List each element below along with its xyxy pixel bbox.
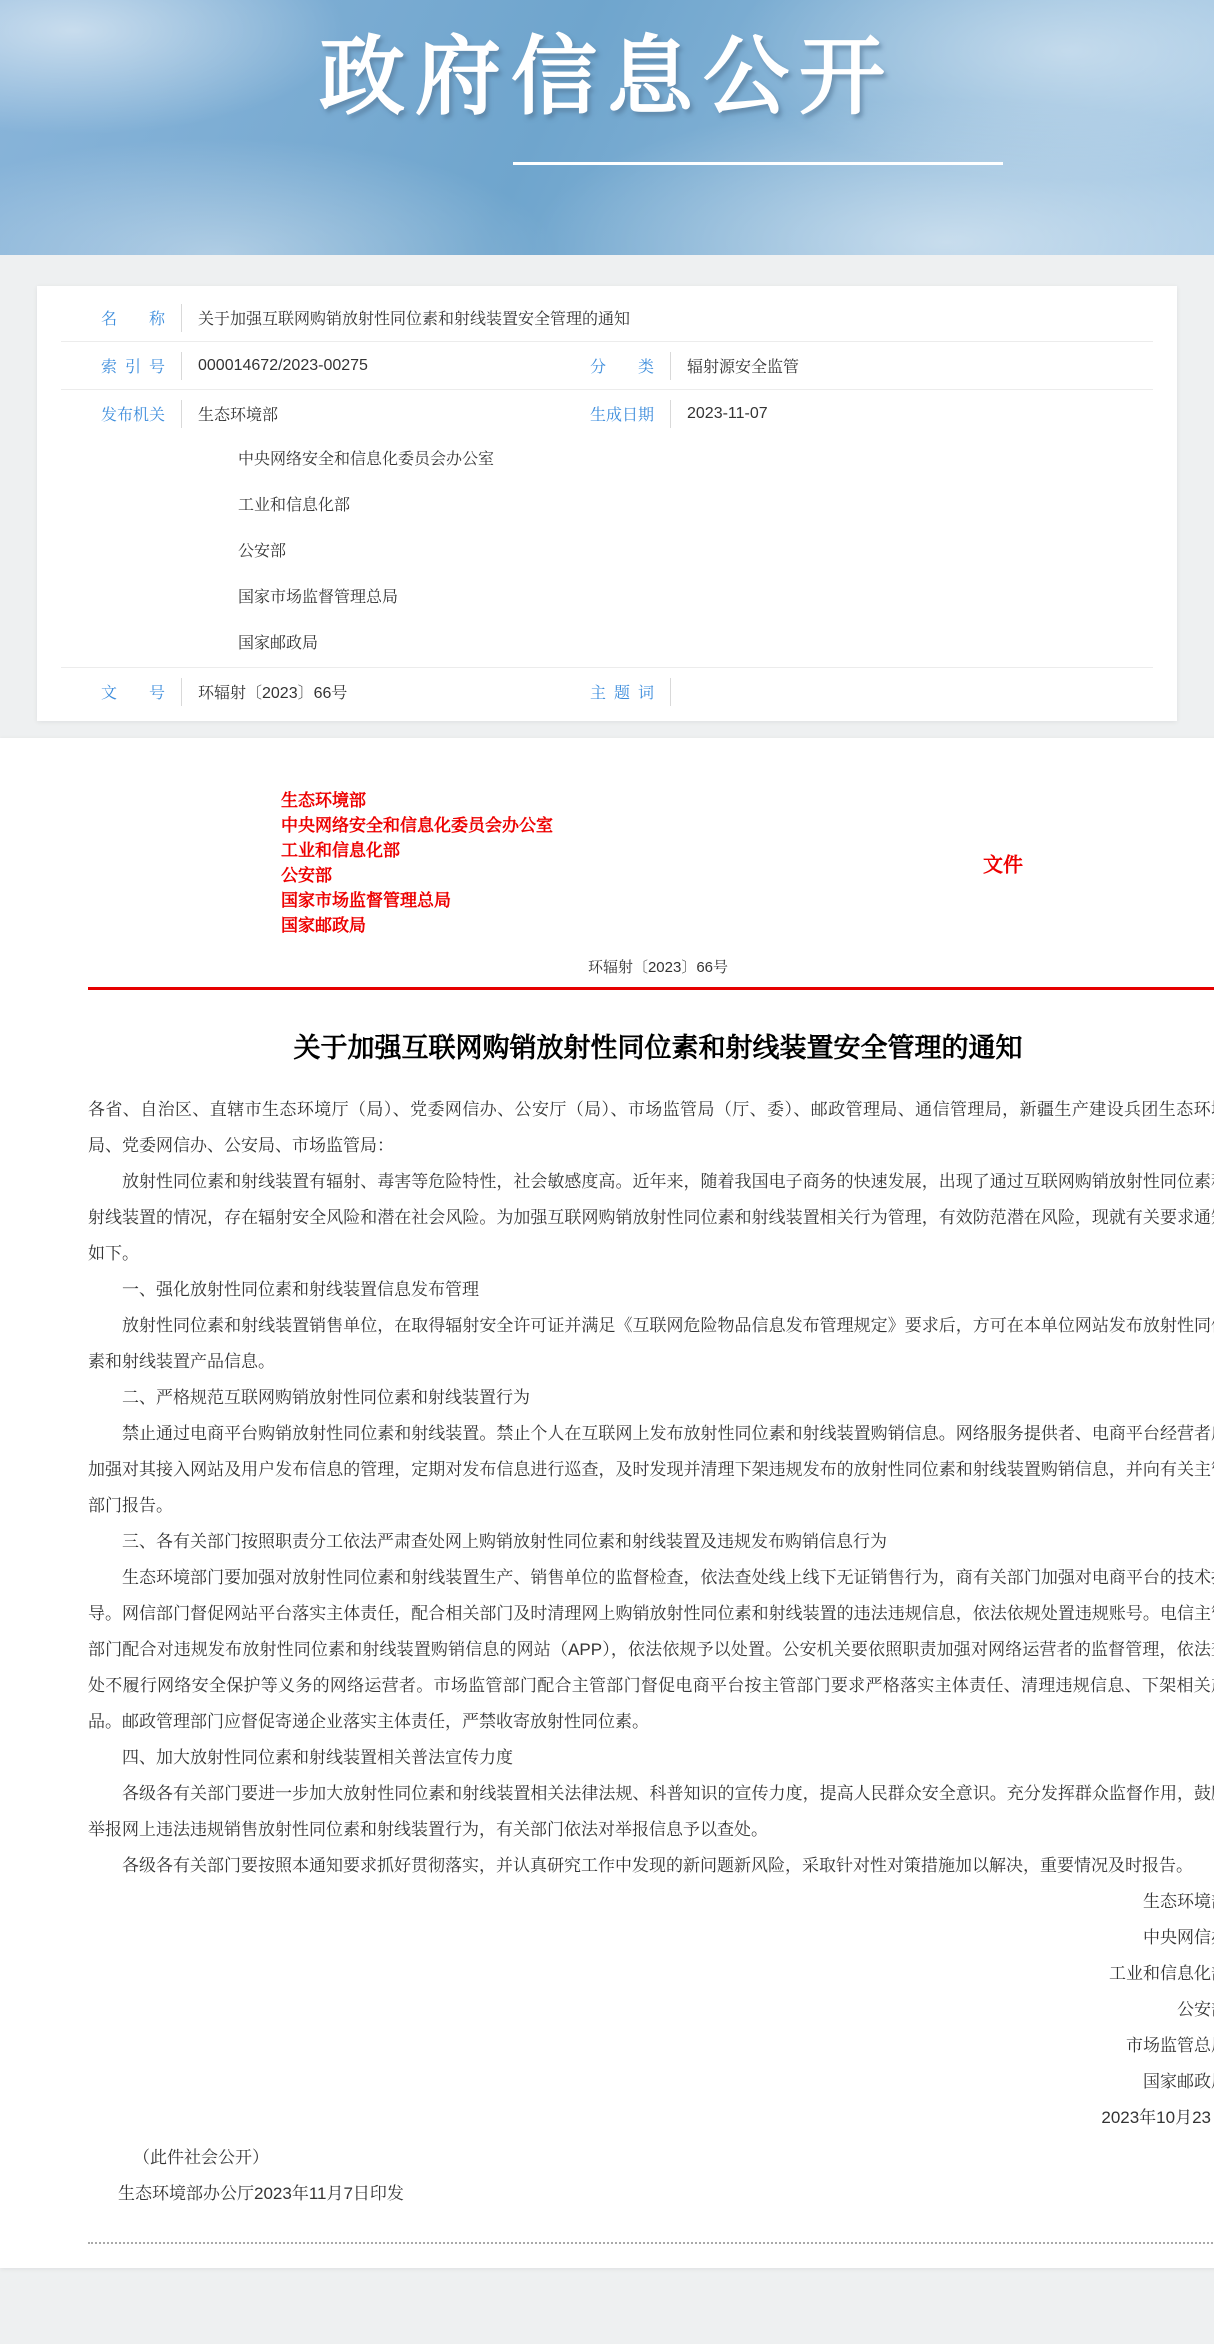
doc-paragraph: 各级各有关部门要进一步加大放射性同位素和射线装置相关法律法规、科普知识的宣传力度…	[88, 1776, 1214, 1848]
letterhead-agency-line: 生态环境部	[281, 788, 1214, 813]
doc-body: 各省、自治区、直辖市生态环境厅（局）、党委网信办、公安厅（局）、市场监管局（厅、…	[88, 1092, 1214, 1884]
document-card: 生态环境部 中央网络安全和信息化委员会办公室 工业和信息化部 公安部 国家市场监…	[0, 738, 1214, 2268]
letterhead-agency-line: 工业和信息化部	[281, 838, 1214, 863]
doc-title: 关于加强互联网购销放射性同位素和射线装置安全管理的通知	[88, 1030, 1214, 1066]
print-note: 生态环境部办公厅2023年11月7日印发	[88, 2176, 1214, 2212]
issuer-line: 工业和信息化部	[61, 483, 1153, 529]
issuer-line: 中央网络安全和信息化委员会办公室	[61, 437, 1153, 483]
meta-label-index: 索 引 号	[101, 354, 165, 377]
signer-line: 市场监管总局	[88, 2028, 1214, 2064]
doc-section-heading: 四、加大放射性同位素和射线装置相关普法宣传力度	[88, 1740, 1214, 1776]
meta-value-issuer: 生态环境部	[198, 402, 590, 425]
issuer-line: 国家市场监督管理总局	[61, 575, 1153, 621]
letterhead-agency-line: 公安部	[281, 863, 1214, 888]
doc-paragraph: 各省、自治区、直辖市生态环境厅（局）、党委网信办、公安厅（局）、市场监管局（厅、…	[88, 1092, 1214, 1164]
doc-section-heading: 一、强化放射性同位素和射线装置信息发布管理	[88, 1272, 1214, 1308]
letterhead-file-label: 文件	[983, 849, 1023, 878]
signer-line: 工业和信息化部	[88, 1956, 1214, 1992]
meta-row-index: 索 引 号 000014672/2023-00275 分 类 辐射源安全监管	[61, 342, 1153, 390]
dotted-divider	[88, 2242, 1214, 2244]
meta-label-date: 生成日期	[590, 402, 654, 425]
label-separator	[181, 352, 182, 380]
signer-line: 生态环境部	[88, 1884, 1214, 1920]
signature-block: 生态环境部 中央网信办 工业和信息化部 公安部 市场监管总局 国家邮政局 202…	[88, 1884, 1214, 2136]
label-separator	[670, 352, 671, 380]
meta-label-docno: 文 号	[101, 680, 165, 703]
doc-section-heading: 二、严格规范互联网购销放射性同位素和射线装置行为	[88, 1380, 1214, 1416]
issuer-line: 国家邮政局	[61, 621, 1153, 667]
doc-section-heading: 三、各有关部门按照职责分工依法严肃查处网上购销放射性同位素和射线装置及违规发布购…	[88, 1524, 1214, 1560]
letterhead-agency-line: 国家市场监督管理总局	[281, 888, 1214, 913]
label-separator	[670, 678, 671, 706]
sky-header: 政府信息公开	[0, 0, 1214, 255]
meta-value-index: 000014672/2023-00275	[198, 357, 590, 375]
meta-value-date: 2023-11-07	[687, 405, 1153, 423]
label-separator	[181, 678, 182, 706]
issuer-line: 公安部	[61, 529, 1153, 575]
sign-date: 2023年10月23日	[88, 2100, 1214, 2136]
page-title: 政府信息公开	[0, 0, 1214, 132]
closing-notes: （此件社会公开） 生态环境部办公厅2023年11月7日印发	[88, 2140, 1214, 2212]
meta-label-issuer: 发布机关	[101, 402, 165, 425]
meta-value-docno: 环辐射〔2023〕66号	[198, 680, 590, 703]
info-card: 名 称 关于加强互联网购销放射性同位素和射线装置安全管理的通知 索 引 号 00…	[37, 286, 1177, 721]
letterhead-agency-line: 国家邮政局	[281, 913, 1214, 938]
meta-label-name: 名 称	[101, 306, 165, 329]
label-separator	[181, 304, 182, 332]
signer-line: 国家邮政局	[88, 2064, 1214, 2100]
meta-value-name: 关于加强互联网购销放射性同位素和射线装置安全管理的通知	[198, 306, 1153, 329]
meta-label-subject: 主 题 词	[590, 680, 654, 703]
public-note: （此件社会公开）	[88, 2140, 1214, 2176]
meta-row-name: 名 称 关于加强互联网购销放射性同位素和射线装置安全管理的通知	[61, 294, 1153, 342]
doc-paragraph: 各级各有关部门要按照本通知要求抓好贯彻落实，并认真研究工作中发现的新问题新风险，…	[88, 1848, 1214, 1884]
title-underline	[513, 162, 1003, 165]
letterhead-agency-line: 中央网络安全和信息化委员会办公室	[281, 813, 1214, 838]
meta-row-docno: 文 号 环辐射〔2023〕66号 主 题 词	[61, 668, 1153, 715]
label-separator	[181, 400, 182, 428]
label-separator	[670, 400, 671, 428]
doc-number: 环辐射〔2023〕66号	[88, 956, 1214, 977]
meta-row-issuer: 发布机关 生态环境部 生成日期 2023-11-07 中央网络安全和信息化委员会…	[61, 390, 1153, 668]
meta-value-category: 辐射源安全监管	[687, 354, 1153, 377]
doc-paragraph: 禁止通过电商平台购销放射性同位素和射线装置。禁止个人在互联网上发布放射性同位素和…	[88, 1416, 1214, 1524]
signer-line: 公安部	[88, 1992, 1214, 2028]
meta-label-category: 分 类	[590, 354, 654, 377]
doc-paragraph: 放射性同位素和射线装置销售单位，在取得辐射安全许可证并满足《互联网危险物品信息发…	[88, 1308, 1214, 1380]
signer-line: 中央网信办	[88, 1920, 1214, 1956]
red-divider	[88, 987, 1214, 990]
doc-paragraph: 生态环境部门要加强对放射性同位素和射线装置生产、销售单位的监督检查，依法查处线上…	[88, 1560, 1214, 1740]
doc-paragraph: 放射性同位素和射线装置有辐射、毒害等危险特性，社会敏感度高。近年来，随着我国电子…	[88, 1164, 1214, 1272]
letterhead: 生态环境部 中央网络安全和信息化委员会办公室 工业和信息化部 公安部 国家市场监…	[281, 788, 1214, 938]
